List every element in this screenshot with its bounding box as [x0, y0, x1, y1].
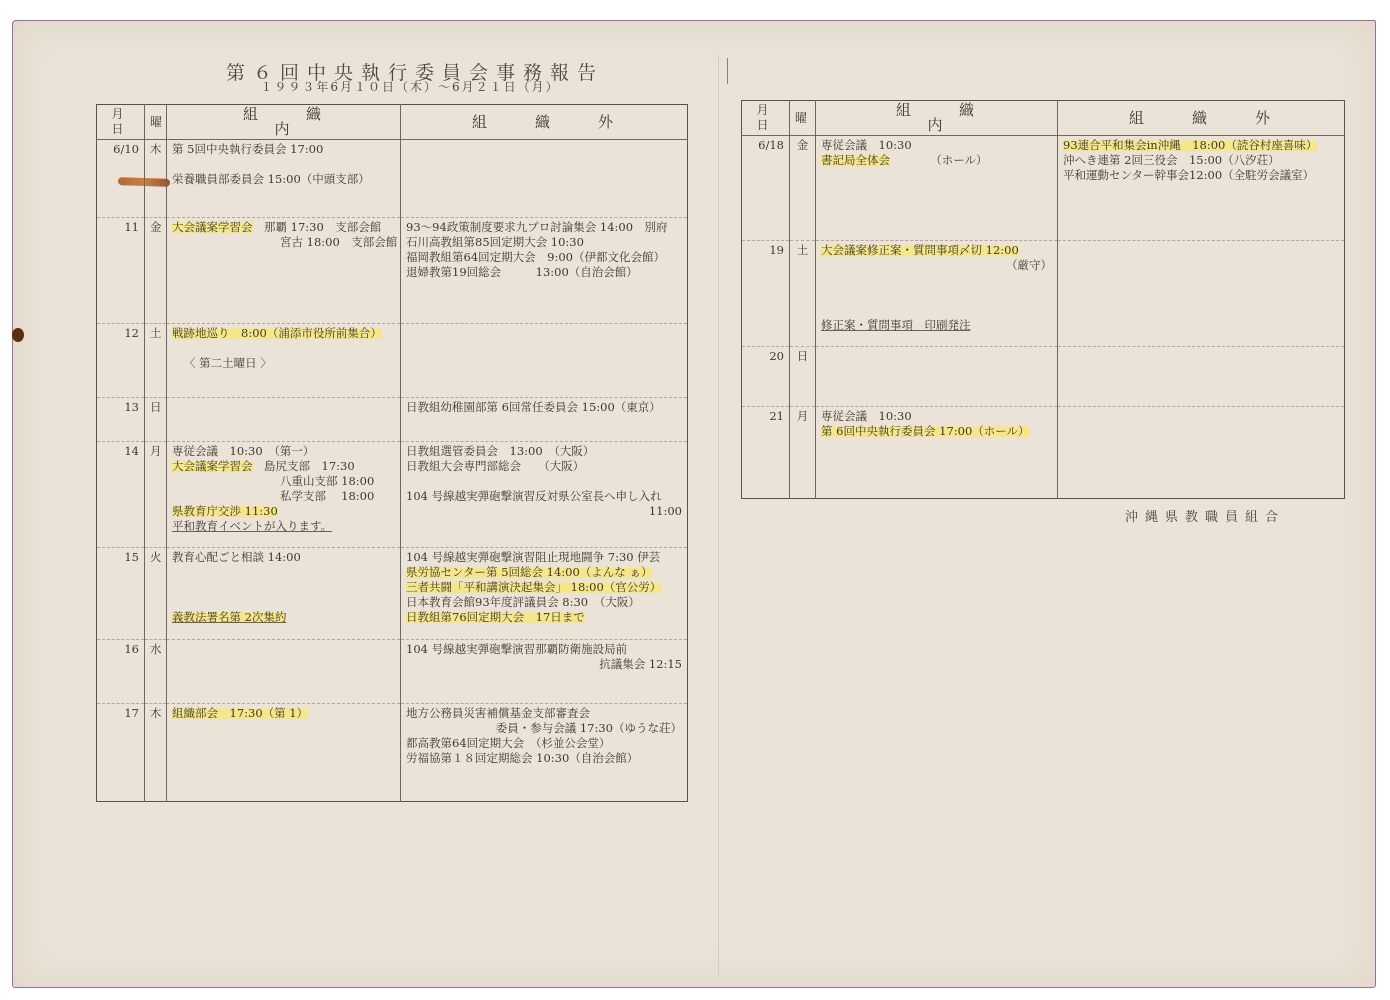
entry-text: 大会議案学習会	[172, 220, 253, 234]
entry-line	[172, 580, 395, 595]
entry-text: 八重山支部 18:00	[280, 474, 374, 488]
table-row: 19土大会議案修正案・質問事項〆切 12:00（厳守） 修正案・質問事項 印刷発…	[742, 241, 1345, 347]
entry-line: 戦跡地巡り 8:00（浦添市役所前集合）	[172, 326, 395, 341]
entry-line: 県労協センター第 5回総会 14:00（よんな ぁ）	[406, 565, 682, 580]
table-row: 20日	[742, 347, 1345, 407]
entry-text: 義教法署名第 2次集約	[172, 610, 286, 624]
outside-events-cell: 日教組選管委員会 13:00 （大阪）日教組大会専門部総会 （大阪） 104 号…	[401, 442, 688, 548]
weekday-cell: 日	[145, 398, 167, 442]
entry-line: 八重山支部 18:00	[172, 474, 395, 489]
table-row: 6/18金専従会議 10:30書記局全体会 （ホール）93連合平和集会in沖縄 …	[742, 136, 1345, 241]
entry-text: 専従会議 10:30 （第一）	[172, 444, 314, 458]
outside-events-cell: 93連合平和集会in沖縄 18:00（読谷村座喜味）沖へき連第 2回三役会 15…	[1058, 136, 1345, 241]
inside-events-cell: 大会議案修正案・質問事項〆切 12:00（厳守） 修正案・質問事項 印刷発注	[816, 241, 1058, 347]
entry-line	[172, 595, 395, 610]
entry-line: 福岡教組第64回定期大会 9:00（伊都文化会館）	[406, 250, 682, 265]
inside-events-cell: 大会議案学習会 那覇 17:30 支部会館宮古 18:00 支部会館	[167, 218, 401, 324]
header-date: 月 日	[97, 105, 145, 140]
weekday-cell: 火	[145, 548, 167, 640]
entry-text: 平和運動センター幹事会12:00（全駐労会議室）	[1063, 168, 1314, 182]
header-inside: 組織内	[167, 105, 401, 140]
inside-events-cell: 組織部会 17:30（第 1）	[167, 704, 401, 802]
entry-text: 第 6回中央執行委員会 17:00（ホール）	[821, 424, 1030, 438]
outside-events-cell	[1058, 241, 1345, 347]
entry-line: 三者共闘「平和講演決起集会」 18:00（官公労）	[406, 580, 682, 595]
entry-text	[172, 595, 176, 609]
inside-events-cell: 第 5回中央執行委員会 17:00 栄養職員部委員会 15:00（中頭支部）	[167, 140, 401, 218]
entry-text: 大会議案学習会	[172, 459, 253, 473]
entry-text: 専従会議 10:30	[821, 409, 912, 423]
entry-text	[172, 580, 176, 594]
entry-text: 日本教育会館93年度評議員会 8:30 （大阪）	[406, 595, 640, 609]
entry-line: 栄養職員部委員会 15:00（中頭支部）	[172, 172, 395, 187]
date-cell: 16	[97, 640, 145, 704]
entry-line: 修正案・質問事項 印刷発注	[821, 318, 1052, 333]
outside-events-cell	[1058, 407, 1345, 499]
date-cell: 21	[742, 407, 790, 499]
entry-text	[172, 157, 176, 171]
table-header: 月 日 曜 組織内 組織外	[97, 105, 688, 140]
entry-text: 日教組第76回定期大会 17日まで	[406, 610, 585, 624]
entry-text: 専従会議 10:30	[821, 138, 912, 152]
date-cell: 11	[97, 218, 145, 324]
entry-text	[172, 341, 176, 355]
entry-line: 県教育庁交渉 11:30	[172, 504, 395, 519]
entry-line: 日教組選管委員会 13:00 （大阪）	[406, 444, 682, 459]
entry-line: 専従会議 10:30	[821, 409, 1052, 424]
weekday-cell: 土	[145, 324, 167, 398]
weekday-cell: 木	[145, 140, 167, 218]
entry-line: 宮古 18:00 支部会館	[172, 235, 395, 250]
entry-line: 書記局全体会 （ホール）	[821, 153, 1052, 168]
entry-text: 平和教育イベントが入ります。	[172, 519, 332, 533]
entry-text: 書記局全体会	[821, 153, 890, 167]
entry-text: 委員・参与会議 17:30（ゆうな荘）	[496, 721, 682, 735]
schedule-table-left: 月 日 曜 組織内 組織外 6/10木第 5回中央執行委員会 17:00 栄養職…	[96, 104, 688, 802]
entry-text: 104 号線越実弾砲撃演習那覇防衛施設局前	[406, 642, 627, 656]
entry-line	[821, 303, 1052, 318]
entry-line: 第 5回中央執行委員会 17:00	[172, 142, 395, 157]
entry-line: 平和教育イベントが入ります。	[172, 519, 395, 534]
entry-text: 93連合平和集会in沖縄 18:00（読谷村座喜味）	[1063, 138, 1317, 152]
entry-line: 日教組大会専門部総会 （大阪）	[406, 459, 682, 474]
entry-line: 93～94政策制度要求九プロ討論集会 14:00 別府	[406, 220, 682, 235]
table-row: 21月専従会議 10:30第 6回中央執行委員会 17:00（ホール）	[742, 407, 1345, 499]
inside-events-cell: 専従会議 10:30第 6回中央執行委員会 17:00（ホール）	[816, 407, 1058, 499]
date-cell: 13	[97, 398, 145, 442]
table-header: 月 日 曜 組織内 組織外	[742, 101, 1345, 136]
outside-events-cell	[401, 140, 688, 218]
inside-events-cell	[167, 398, 401, 442]
entry-text: 都高教第64回定期大会 （杉並公会堂）	[406, 736, 610, 750]
entry-line: 専従会議 10:30	[821, 138, 1052, 153]
entry-line	[172, 565, 395, 580]
entry-text: 第 5回中央執行委員会 17:00	[172, 142, 323, 156]
entry-text: 宮古 18:00 支部会館	[280, 235, 397, 249]
inside-events-cell	[167, 640, 401, 704]
table-row: 6/10木第 5回中央執行委員会 17:00 栄養職員部委員会 15:00（中頭…	[97, 140, 688, 218]
entry-line: 委員・参与会議 17:30（ゆうな荘）	[406, 721, 682, 736]
entry-text: 組織部会 17:30（第 1）	[172, 706, 308, 720]
inside-events-cell: 専従会議 10:30 （第一）大会議案学習会 島尻支部 17:30八重山支部 1…	[167, 442, 401, 548]
entry-detail: 那覇 17:30 支部会館	[253, 220, 382, 234]
entry-line: 沖へき連第 2回三役会 15:00（八汐荘）	[1063, 153, 1339, 168]
inside-events-cell: 戦跡地巡り 8:00（浦添市役所前集合） 〈 第二土曜日 〉	[167, 324, 401, 398]
table-row: 15火教育心配ごと相談 14:00 義教法署名第 2次集約104 号線越実弾砲撃…	[97, 548, 688, 640]
date-cell: 19	[742, 241, 790, 347]
entry-text	[821, 303, 825, 317]
weekday-cell: 水	[145, 640, 167, 704]
inside-events-cell: 教育心配ごと相談 14:00 義教法署名第 2次集約	[167, 548, 401, 640]
entry-text: 修正案・質問事項 印刷発注	[821, 318, 971, 332]
stain-mark-edge	[12, 328, 24, 342]
outside-events-cell: 地方公務員災害補償基金支部審査会委員・参与会議 17:30（ゆうな荘）都高教第6…	[401, 704, 688, 802]
date-cell: 14	[97, 442, 145, 548]
entry-text	[172, 565, 176, 579]
weekday-cell: 日	[790, 347, 816, 407]
table-row: 17木組織部会 17:30（第 1）地方公務員災害補償基金支部審査会委員・参与会…	[97, 704, 688, 802]
entry-line	[172, 157, 395, 172]
entry-line: 私学支部 18:00	[172, 489, 395, 504]
entry-line: 労福協第１８回定期総会 10:30（自治会館）	[406, 751, 682, 766]
entry-text: 石川高教組第85回定期大会 10:30	[406, 235, 584, 249]
date-cell: 6/18	[742, 136, 790, 241]
table-row: 11金大会議案学習会 那覇 17:30 支部会館宮古 18:00 支部会館93～…	[97, 218, 688, 324]
center-fold	[718, 55, 719, 975]
entry-text	[821, 288, 825, 302]
entry-text: 11:00	[649, 504, 682, 518]
table-row: 12土戦跡地巡り 8:00（浦添市役所前集合） 〈 第二土曜日 〉	[97, 324, 688, 398]
date-cell: 17	[97, 704, 145, 802]
weekday-cell: 土	[790, 241, 816, 347]
header-day: 曜	[790, 101, 816, 136]
weekday-cell: 月	[790, 407, 816, 499]
date-cell: 20	[742, 347, 790, 407]
document-period: １９９３年6月１０日（木）～6月２１日（月）	[210, 78, 610, 95]
entry-line: 石川高教組第85回定期大会 10:30	[406, 235, 682, 250]
entry-line: 〈 第二土曜日 〉	[172, 356, 395, 371]
entry-line	[406, 474, 682, 489]
entry-text: 104 号線越実弾砲撃演習反対県公室長へ申し入れ	[406, 489, 662, 503]
entry-line: 組織部会 17:30（第 1）	[172, 706, 395, 721]
entry-text: 〈 第二土曜日 〉	[184, 356, 272, 370]
entry-text: 戦跡地巡り 8:00（浦添市役所前集合）	[172, 326, 382, 340]
header-inside: 組織内	[816, 101, 1058, 136]
table-row: 16水104 号線越実弾砲撃演習那覇防衛施設局前抗議集会 12:15	[97, 640, 688, 704]
fold-mark	[727, 58, 728, 84]
table-row: 14月専従会議 10:30 （第一）大会議案学習会 島尻支部 17:30八重山支…	[97, 442, 688, 548]
entry-text: （厳守）	[1006, 258, 1052, 272]
outside-events-cell	[401, 324, 688, 398]
date-cell: 6/10	[97, 140, 145, 218]
entry-text: 教育心配ごと相談 14:00	[172, 550, 301, 564]
entry-line: 地方公務員災害補償基金支部審査会	[406, 706, 682, 721]
outside-events-cell: 104 号線越実弾砲撃演習阻止現地闘争 7:30 伊芸県労協センター第 5回総会…	[401, 548, 688, 640]
inside-events-cell	[816, 347, 1058, 407]
entry-line: 大会議案修正案・質問事項〆切 12:00	[821, 243, 1052, 258]
entry-line: 退婦教第19回総会 13:00（自治会館）	[406, 265, 682, 280]
outside-events-cell: 104 号線越実弾砲撃演習那覇防衛施設局前抗議集会 12:15	[401, 640, 688, 704]
schedule-table-right: 月 日 曜 組織内 組織外 6/18金専従会議 10:30書記局全体会 （ホール…	[741, 100, 1345, 499]
entry-detail: 島尻支部 17:30	[253, 459, 355, 473]
entry-line: 104 号線越実弾砲撃演習阻止現地闘争 7:30 伊芸	[406, 550, 682, 565]
entry-line	[821, 273, 1052, 288]
entry-text: 沖へき連第 2回三役会 15:00（八汐荘）	[1063, 153, 1280, 167]
date-cell: 15	[97, 548, 145, 640]
header-outside: 組織外	[1058, 101, 1345, 136]
entry-text: 地方公務員災害補償基金支部審査会	[406, 706, 590, 720]
entry-line: 11:00	[406, 504, 682, 519]
entry-text: 抗議集会 12:15	[599, 657, 682, 671]
entry-text: 三者共闘「平和講演決起集会」 18:00（官公労）	[406, 580, 661, 594]
entry-line: 104 号線越実弾砲撃演習那覇防衛施設局前	[406, 642, 682, 657]
entry-line	[821, 288, 1052, 303]
entry-line: 義教法署名第 2次集約	[172, 610, 395, 625]
outside-events-cell	[1058, 347, 1345, 407]
entry-text	[821, 273, 825, 287]
entry-text	[406, 474, 410, 488]
entry-line: 日教組幼稚園部第 6回常任委員会 15:00（東京）	[406, 400, 682, 415]
entry-text: 日教組大会専門部総会 （大阪）	[406, 459, 584, 473]
entry-text: 日教組幼稚園部第 6回常任委員会 15:00（東京）	[406, 400, 661, 414]
weekday-cell: 月	[145, 442, 167, 548]
entry-line: 日教組第76回定期大会 17日まで	[406, 610, 682, 625]
entry-text: 栄養職員部委員会 15:00（中頭支部）	[172, 172, 370, 186]
entry-text: 大会議案修正案・質問事項〆切 12:00	[821, 243, 1019, 257]
entry-line: 教育心配ごと相談 14:00	[172, 550, 395, 565]
entry-text: 退婦教第19回総会 13:00（自治会館）	[406, 265, 638, 279]
date-cell: 12	[97, 324, 145, 398]
entry-line: （厳守）	[821, 258, 1052, 273]
entry-line	[172, 341, 395, 356]
entry-text: 104 号線越実弾砲撃演習阻止現地闘争 7:30 伊芸	[406, 550, 660, 564]
table-row: 13日日教組幼稚園部第 6回常任委員会 15:00（東京）	[97, 398, 688, 442]
weekday-cell: 木	[145, 704, 167, 802]
weekday-cell: 金	[790, 136, 816, 241]
entry-text: 県教育庁交渉 11:30	[172, 504, 278, 518]
entry-line: 第 6回中央執行委員会 17:00（ホール）	[821, 424, 1052, 439]
outside-events-cell: 日教組幼稚園部第 6回常任委員会 15:00（東京）	[401, 398, 688, 442]
entry-line: 104 号線越実弾砲撃演習反対県公室長へ申し入れ	[406, 489, 682, 504]
header-outside: 組織外	[401, 105, 688, 140]
entry-text: 県労協センター第 5回総会 14:00（よんな ぁ）	[406, 565, 652, 579]
header-day: 曜	[145, 105, 167, 140]
weekday-cell: 金	[145, 218, 167, 324]
entry-line: 大会議案学習会 那覇 17:30 支部会館	[172, 220, 395, 235]
entry-line: 専従会議 10:30 （第一）	[172, 444, 395, 459]
entry-text: 福岡教組第64回定期大会 9:00（伊都文化会館）	[406, 250, 665, 264]
entry-line: 日本教育会館93年度評議員会 8:30 （大阪）	[406, 595, 682, 610]
entry-text: 日教組選管委員会 13:00 （大阪）	[406, 444, 594, 458]
entry-text: 労福協第１８回定期総会 10:30（自治会館）	[406, 751, 638, 765]
organization-name: 沖縄県教職員組合	[1125, 506, 1285, 525]
entry-line: 平和運動センター幹事会12:00（全駐労会議室）	[1063, 168, 1339, 183]
outside-events-cell: 93～94政策制度要求九プロ討論集会 14:00 別府石川高教組第85回定期大会…	[401, 218, 688, 324]
entry-detail: （ホール）	[890, 153, 988, 167]
inside-events-cell: 専従会議 10:30書記局全体会 （ホール）	[816, 136, 1058, 241]
entry-line: 大会議案学習会 島尻支部 17:30	[172, 459, 395, 474]
header-date: 月 日	[742, 101, 790, 136]
entry-text: 私学支部 18:00	[280, 489, 374, 503]
entry-line: 都高教第64回定期大会 （杉並公会堂）	[406, 736, 682, 751]
entry-text: 93～94政策制度要求九プロ討論集会 14:00 別府	[406, 220, 668, 234]
entry-line: 93連合平和集会in沖縄 18:00（読谷村座喜味）	[1063, 138, 1339, 153]
entry-line: 抗議集会 12:15	[406, 657, 682, 672]
